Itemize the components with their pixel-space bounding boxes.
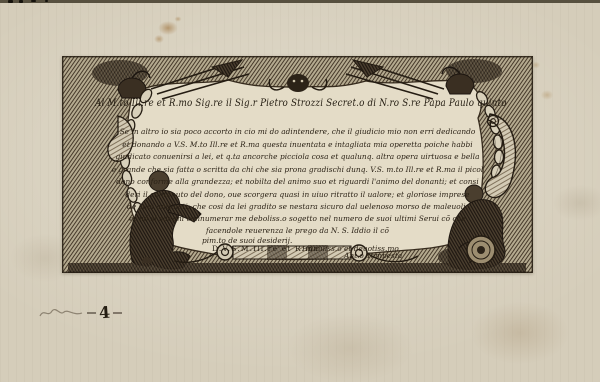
dedication-text-block: Al M.to Ill.re et R.mo Sig.re il Sig.r P… — [62, 56, 533, 273]
dedication-line: dono conforme alla grandezza; et nobilta… — [69, 177, 526, 186]
handwritten-annotation: 4 — [38, 304, 122, 322]
dedication-line: giudicato conuenirsi a lei, et q.ta anco… — [69, 152, 526, 161]
ink-speck — [31, 0, 36, 2]
dedication-line: et donando a V.S. M.to Ill.re et R.ma qu… — [69, 140, 526, 149]
dedication-line: de suoi antenati: che cosi da lei gradit… — [69, 202, 526, 211]
ink-speck — [45, 0, 48, 2]
handwritten-dash — [87, 312, 96, 313]
etched-plate: Al M.to Ill.re et R.mo Sig.re il Sig.r P… — [62, 56, 533, 273]
dedication-line: et nõ si sdegni connumerar me deboliss.o… — [69, 214, 526, 223]
dedication-line: Se in altro io sia poco accorto in cio m… — [69, 127, 526, 136]
dedication-line: deri il contenuto del dono, oue scorgera… — [69, 190, 526, 199]
dedication-line: e grande che sia fatta o scritta da chi … — [69, 165, 526, 174]
handwritten-number: 4 — [98, 305, 110, 322]
handwritten-dash — [113, 312, 122, 313]
dedication-heading: Al M.to Ill.re et R.mo Sig.re il Sig.r P… — [95, 98, 500, 109]
dedication-closing: facendole reuerenza le prego da N. S. Id… — [69, 226, 526, 235]
photograph-of-etching: Al M.to Ill.re et R.mo Sig.re il Sig.r P… — [0, 0, 600, 382]
artist-signature: Ant.o Tempesta — [344, 251, 402, 260]
handwritten-scribble-icon — [38, 304, 84, 322]
